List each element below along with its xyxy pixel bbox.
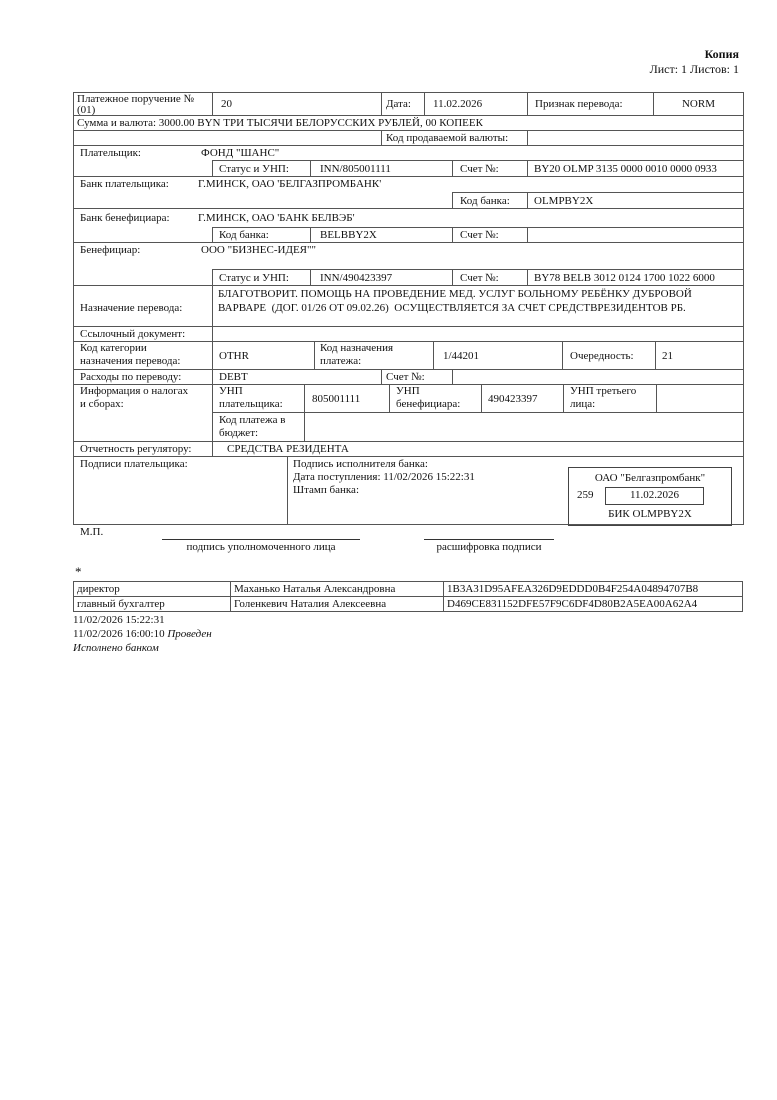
signer-hash: 1B3A31D95AFEA326D9EDDD0B4F254A04894707B8 [444, 582, 743, 597]
order-label: Платежное поручение № (01) [77, 94, 211, 116]
signer-role: директор [74, 582, 231, 597]
stamp-bik: БИК OLMPBY2X [568, 509, 732, 520]
beneficiary-bank-name: Г.МИНСК, ОАО 'БАНК БЕЛВЭБ' [198, 213, 355, 224]
payer-status-unp-label: Статус и УНП: [219, 164, 289, 175]
signer-role: главный бухгалтер [74, 597, 231, 612]
beneficiary-account: BY78 BELB 3012 0124 1700 1022 6000 [534, 273, 715, 284]
payment-code-label-1: Код назначения [320, 343, 393, 354]
expenses-value: DEBT [219, 372, 248, 383]
purpose-line-1: БЛАГОТВОРИТ. ПОМОЩЬ НА ПРОВЕДЕНИЕ МЕД. У… [218, 289, 692, 300]
purpose-line-2: ВАРВАРЕ (ДОГ. 01/26 ОТ 09.02.26) ОСУЩЕСТ… [218, 303, 686, 314]
beneficiary-label: Бенефициар: [80, 245, 140, 256]
authorized-signature-line [162, 539, 360, 540]
priority-label: Очередность: [570, 351, 634, 362]
beneficiary-unp-label-2: бенефициара: [396, 399, 460, 410]
regulator-label: Отчетность регулятору: [80, 444, 191, 455]
taxes-label-1: Информация о налогах [80, 386, 188, 397]
signer-name: Голенкевич Наталия Алексеевна [231, 597, 444, 612]
sold-currency-label: Код продаваемой валюты: [386, 133, 508, 144]
authorized-signature-caption: подпись уполномоченного лица [162, 542, 360, 553]
beneficiary-unp-label-1: УНП [396, 386, 420, 397]
regulator-value: СРЕДСТВА РЕЗИДЕНТА [227, 444, 349, 455]
transfer-sign-value: NORM [654, 99, 743, 110]
payment-code-value: 1/44201 [443, 351, 479, 362]
received-date: Дата поступления: 11/02/2026 15:22:31 [293, 472, 475, 483]
bank-stamp-label: Штамп банка: [293, 485, 359, 496]
sheet-info: Лист: 1 Листов: 1 [650, 62, 739, 77]
document-copy-title: Копия [705, 47, 739, 62]
signers-marker: * [75, 566, 82, 577]
order-number: 20 [221, 99, 232, 110]
payer-unp-label-1: УНП [219, 386, 243, 397]
transfer-sign-label: Признак перевода: [535, 99, 623, 110]
signers-table: директор Маханько Наталья Александровна … [73, 581, 743, 612]
category-label-1: Код категории [80, 343, 147, 354]
payer-unp-value: 805001111 [312, 394, 360, 405]
signature-decoding-caption: расшифровка подписи [424, 542, 554, 553]
payer-bank-code: OLMPBY2X [534, 196, 593, 207]
processed-line: 11/02/2026 16:00:10 Проведен [73, 628, 212, 641]
payer-signatures-label: Подписи плательщика: [80, 459, 188, 470]
payment-code-label-2: платежа: [320, 356, 361, 367]
payer-bank-label: Банк плательщика: [80, 179, 169, 190]
budget-code-label-2: бюджет: [219, 428, 258, 439]
taxes-label-2: и сборах: [80, 399, 124, 410]
purpose-label: Назначение перевода: [80, 303, 182, 314]
signature-decoding-line [424, 539, 554, 540]
seal-place-label: М.П. [80, 527, 103, 538]
table-row: директор Маханько Наталья Александровна … [74, 582, 743, 597]
amount-text: Сумма и валюта: 3000.00 BYN ТРИ ТЫСЯЧИ Б… [77, 118, 483, 129]
payer-name: ФОНД "ШАНС" [201, 148, 279, 159]
beneficiary-status-unp-label: Статус и УНП: [219, 273, 289, 284]
beneficiary-unp-value: 490423397 [488, 394, 538, 405]
payer-unp-label-2: плательщика: [219, 399, 283, 410]
stamp-number: 259 [577, 490, 594, 501]
beneficiary-bank-code: BELBBY2X [320, 230, 377, 241]
created-timestamp: 11/02/2026 15:22:31 [73, 614, 165, 627]
beneficiary-account-label: Счет №: [460, 273, 499, 284]
priority-value: 21 [662, 351, 673, 362]
payer-bank-code-label: Код банка: [460, 196, 510, 207]
category-value: OTHR [219, 351, 249, 362]
payer-account: BY20 OLMP 3135 0000 0010 0000 0933 [534, 164, 717, 175]
bank-executor-signature-label: Подпись исполнителя банка: [293, 459, 428, 470]
budget-code-label-1: Код платежа в [219, 415, 285, 426]
payer-status-unp: INN/805001111 [320, 164, 391, 175]
processed-status: Проведен [167, 628, 211, 640]
payer-bank-name: Г.МИНСК, ОАО 'БЕЛГАЗПРОМБАНК' [198, 179, 381, 190]
signer-name: Маханько Наталья Александровна [231, 582, 444, 597]
beneficiary-bank-code-label: Код банка: [219, 230, 269, 241]
reference-doc-label: Ссылочный документ: [80, 329, 185, 340]
beneficiary-bank-account-label: Счет №: [460, 230, 499, 241]
beneficiary-name: ООО "БИЗНЕС-ИДЕЯ"" [201, 245, 316, 256]
third-party-unp-label-1: УНП третьего [570, 386, 636, 397]
payer-label: Плательщик: [80, 148, 141, 159]
category-label-2: назначения перевода: [80, 356, 180, 367]
third-party-unp-label-2: лица: [570, 399, 595, 410]
executed-status: Исполнено банком [73, 642, 159, 655]
expenses-label: Расходы по переводу: [80, 372, 181, 383]
table-row: главный бухгалтер Голенкевич Наталия Але… [74, 597, 743, 612]
processed-timestamp: 11/02/2026 16:00:10 [73, 628, 165, 640]
order-date: 11.02.2026 [433, 99, 482, 110]
expenses-account-label: Счет №: [386, 372, 425, 383]
beneficiary-bank-label: Банк бенефициара: [80, 213, 170, 224]
beneficiary-status-unp: INN/490423397 [320, 273, 392, 284]
date-label: Дата: [386, 99, 411, 110]
stamp-date: 11.02.2026 [605, 490, 704, 501]
payer-account-label: Счет №: [460, 164, 499, 175]
signer-hash: D469CE831152DFE57F9C6DF4D80B2A5EA00A62A4 [444, 597, 743, 612]
stamp-bank-name: ОАО "Белгазпромбанк" [568, 473, 732, 484]
